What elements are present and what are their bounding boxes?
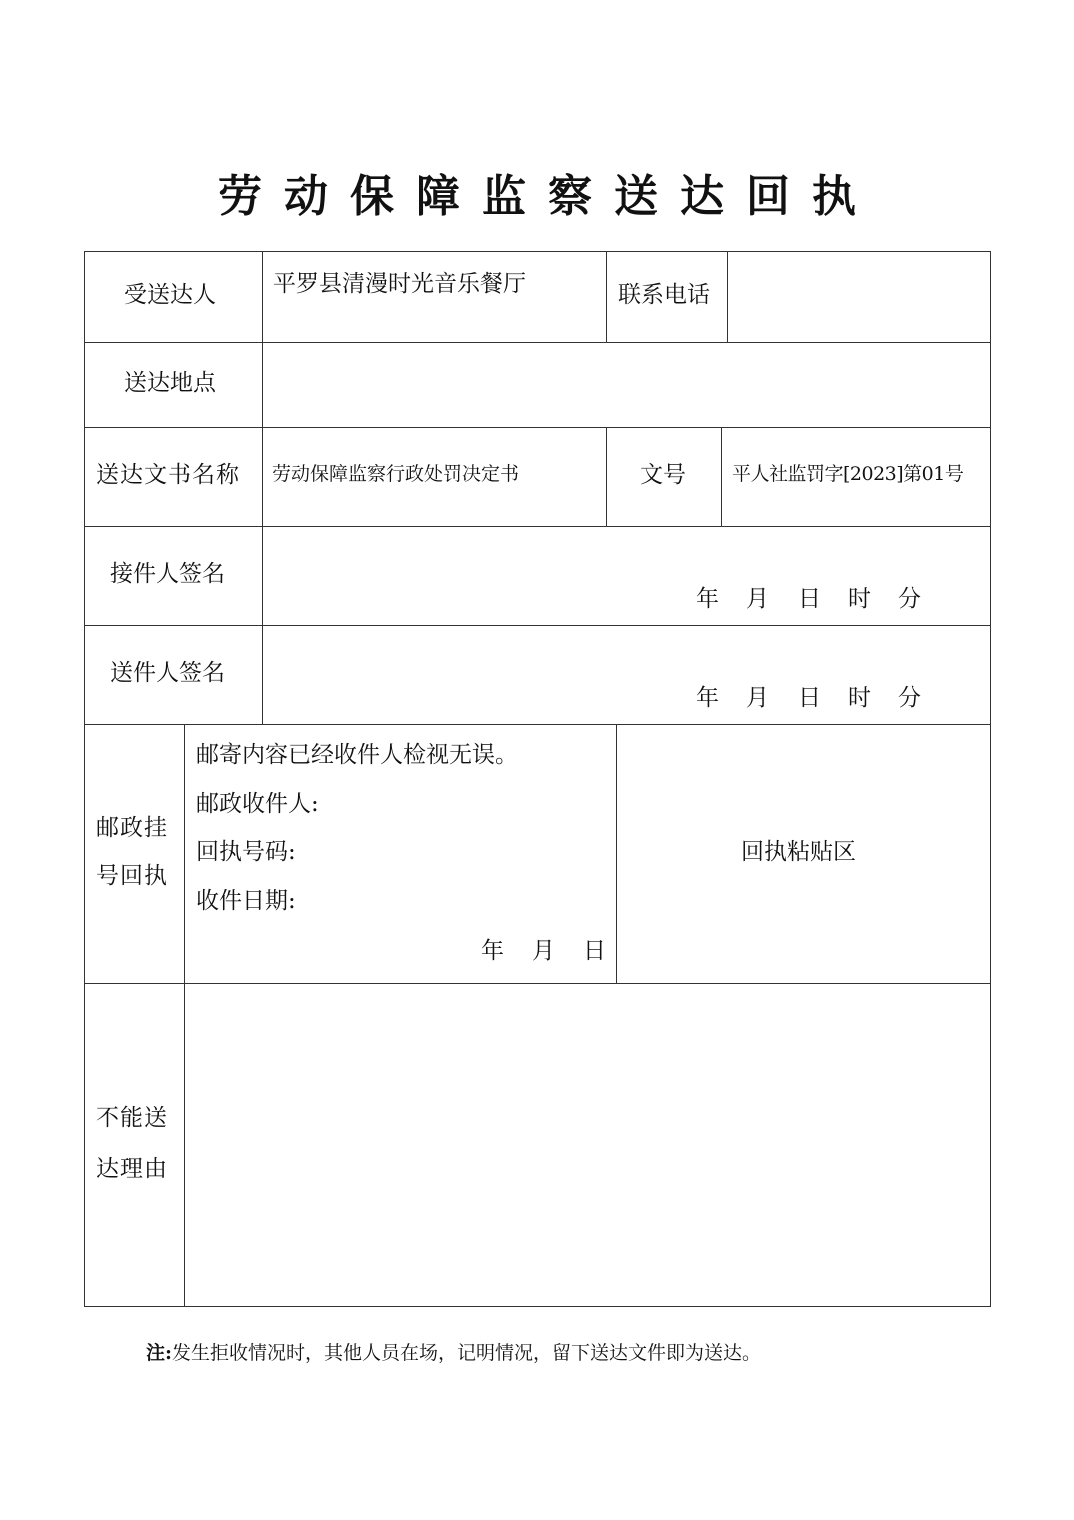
address-label: 送达地点 [124, 364, 216, 397]
postal-date-day: 日 [583, 932, 606, 965]
postal-date-year: 年 [481, 932, 504, 965]
document-name-label: 送达文书名称 [96, 456, 240, 489]
sender-date-month: 月 [746, 679, 769, 712]
footnote: 注:发生拒收情况时，其他人员在场，记明情况，留下送达文件即为送达。 [146, 1338, 761, 1365]
postal-receipt-label-line1: 邮政挂 [96, 809, 168, 842]
receiver-signature-field[interactable] [264, 528, 988, 623]
receipt-number-label[interactable]: 回执号码: [196, 833, 296, 866]
sender-signature-label: 送件人签名 [110, 654, 225, 687]
receiver-date-year: 年 [696, 580, 719, 613]
document-no-field[interactable]: 平人社监罚字[2023]第01号 [732, 459, 963, 486]
undeliverable-reason-field[interactable] [186, 985, 988, 1304]
undeliverable-label-line1: 不能送 [96, 1099, 168, 1132]
phone-label: 联系电话 [618, 276, 710, 309]
footnote-prefix: 注: [146, 1342, 172, 1364]
page-title: 劳动保障监察送达回执 [0, 160, 1074, 224]
sender-date-hour: 时 [848, 679, 871, 712]
col-divider [616, 724, 617, 983]
sender-date-minute: 分 [898, 679, 921, 712]
phone-field[interactable] [735, 276, 980, 316]
col-divider [262, 251, 263, 724]
row-divider [84, 427, 991, 428]
postal-date-month: 月 [532, 932, 555, 965]
receiver-date-minute: 分 [898, 580, 921, 613]
col-divider [184, 724, 185, 1307]
col-divider [606, 251, 607, 342]
receipt-date-label[interactable]: 收件日期: [196, 882, 296, 915]
sender-date-year: 年 [696, 679, 719, 712]
address-field[interactable] [273, 364, 973, 404]
document-no-label: 文号 [640, 456, 686, 489]
postal-receipt-label-line2: 号回执 [96, 857, 168, 890]
receiver-date-month: 月 [746, 580, 769, 613]
row-divider [84, 625, 991, 626]
col-divider [606, 427, 607, 526]
col-divider [727, 251, 728, 342]
receiver-signature-label: 接件人签名 [110, 555, 225, 588]
receiver-date-hour: 时 [848, 580, 871, 613]
receiver-date-day: 日 [798, 580, 821, 613]
sender-signature-field[interactable] [264, 627, 988, 722]
row-divider [84, 983, 991, 984]
receipt-paste-area: 回执粘贴区 [741, 833, 856, 866]
sender-date-day: 日 [798, 679, 821, 712]
col-divider [721, 427, 722, 526]
row-divider [84, 724, 991, 725]
row-divider [84, 526, 991, 527]
undeliverable-label-line2: 达理由 [96, 1150, 168, 1183]
footnote-text: 发生拒收情况时，其他人员在场，记明情况，留下送达文件即为送达。 [172, 1342, 761, 1364]
recipient-label: 受送达人 [124, 276, 216, 309]
row-divider [84, 342, 991, 343]
recipient-field[interactable]: 平罗县清漫时光音乐餐厅 [273, 265, 526, 298]
document-name-field[interactable]: 劳动保障监察行政处罚决定书 [272, 459, 519, 486]
postal-recipient-label[interactable]: 邮政收件人: [196, 785, 319, 818]
postal-inspected-statement: 邮寄内容已经收件人检视无误。 [196, 736, 518, 769]
